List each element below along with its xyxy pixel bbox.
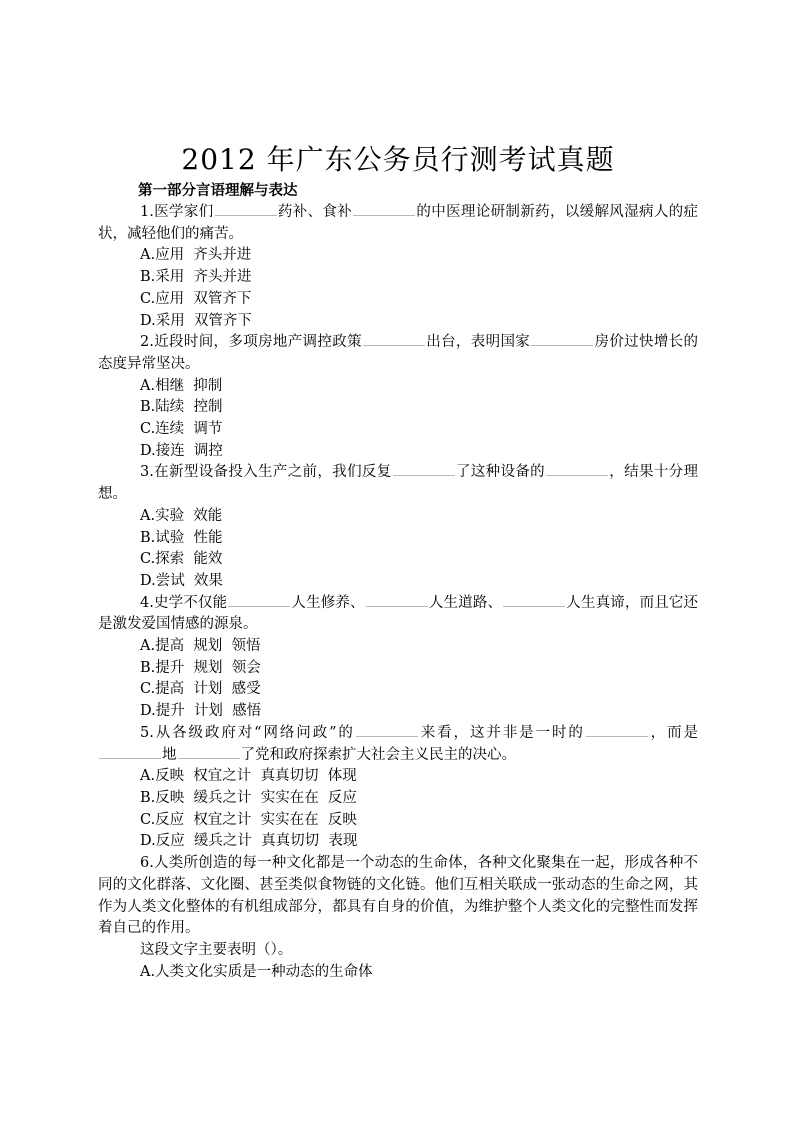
option-c: C.探索 能效 bbox=[98, 549, 698, 571]
option-c: C.提高 计划 感受 bbox=[98, 679, 698, 701]
document-page: 2012 年广东公务员行测考试真题 第一部分言语理解与表达 1.医学家们药补、食… bbox=[98, 140, 698, 983]
stem-text: 出台，表明国家 bbox=[426, 334, 530, 350]
stem-text: ，而是 bbox=[649, 725, 698, 741]
question-2: 2.近段时间，多项房地产调控政策出台，表明国家房价过快增长的态度异常坚决。 A.… bbox=[98, 332, 698, 462]
answer-blank bbox=[531, 344, 593, 346]
stem-text: 5.从各级政府对“网络问政”的 bbox=[140, 725, 355, 741]
option-c: C.连续 调节 bbox=[98, 419, 698, 441]
question-stem: 3.在新型设备投入生产之前，我们反复了这种设备的，结果十分理想。 bbox=[98, 462, 698, 505]
option-a: A.提高 规划 领悟 bbox=[98, 636, 698, 658]
option-d: D.尝试 效果 bbox=[98, 571, 698, 593]
option-b: B.反映 缓兵之计 实实在在 反应 bbox=[98, 788, 698, 810]
question-stem: 5.从各级政府对“网络问政”的来看，这并非是一时的，而是地了党和政府探索扩大社会… bbox=[98, 723, 698, 766]
answer-blank bbox=[586, 735, 648, 737]
answer-blank bbox=[353, 214, 415, 216]
option-a: A.相继 抑制 bbox=[98, 376, 698, 398]
option-d: D.采用 双管齐下 bbox=[98, 311, 698, 333]
stem-text: 2.近段时间，多项房地产调控政策 bbox=[140, 334, 362, 350]
option-a: A.应用 齐头并进 bbox=[98, 245, 698, 267]
question-stem: 1.医学家们药补、食补的中医理论研制新药，以缓解风湿病人的症状，减轻他们的痛苦。 bbox=[98, 202, 698, 245]
answer-blank bbox=[363, 344, 425, 346]
question-prompt: 这段文字主要表明（）。 bbox=[98, 940, 698, 962]
stem-text: 来看，这并非是一时的 bbox=[419, 725, 585, 741]
stem-text: 了这种设备的 bbox=[456, 464, 545, 480]
option-b: B.提升 规划 领会 bbox=[98, 658, 698, 680]
question-passage: 6.人类所创造的每一种文化都是一个动态的生命体，各种文化聚集在一起，形成各种不同… bbox=[98, 853, 698, 940]
option-b: B.采用 齐头并进 bbox=[98, 267, 698, 289]
answer-blank bbox=[215, 214, 277, 216]
section-title: 第一部分言语理解与表达 bbox=[98, 180, 698, 202]
option-a: A.实验 效能 bbox=[98, 506, 698, 528]
question-stem: 4.史学不仅能人生修养、人生道路、人生真谛，而且它还是激发爱国情感的源泉。 bbox=[98, 593, 698, 636]
stem-text: 人生修养、 bbox=[291, 595, 364, 611]
question-stem: 2.近段时间，多项房地产调控政策出台，表明国家房价过快增长的态度异常坚决。 bbox=[98, 332, 698, 375]
stem-text: 了党和政府探索扩大社会主义民主的决心。 bbox=[241, 747, 517, 763]
option-d: D.反应 缓兵之计 真真切切 表现 bbox=[98, 831, 698, 853]
answer-blank bbox=[178, 757, 240, 759]
stem-text: 药补、食补 bbox=[278, 204, 353, 220]
stem-text: 地 bbox=[162, 747, 177, 763]
stem-text: 3.在新型设备投入生产之前，我们反复 bbox=[140, 464, 392, 480]
option-a: A.人类文化实质是一种动态的生命体 bbox=[98, 962, 698, 984]
answer-blank bbox=[503, 605, 565, 607]
question-5: 5.从各级政府对“网络问政”的来看，这并非是一时的，而是地了党和政府探索扩大社会… bbox=[98, 723, 698, 853]
option-b: B.陆续 控制 bbox=[98, 397, 698, 419]
option-c: C.应用 双管齐下 bbox=[98, 289, 698, 311]
document-title: 2012 年广东公务员行测考试真题 bbox=[98, 140, 698, 180]
question-3: 3.在新型设备投入生产之前，我们反复了这种设备的，结果十分理想。 A.实验 效能… bbox=[98, 462, 698, 592]
option-a: A.反映 权宜之计 真真切切 体现 bbox=[98, 766, 698, 788]
stem-text: 人生道路、 bbox=[429, 595, 502, 611]
option-d: D.提升 计划 感悟 bbox=[98, 701, 698, 723]
option-b: B.试验 性能 bbox=[98, 528, 698, 550]
answer-blank bbox=[99, 757, 161, 759]
answer-blank bbox=[393, 474, 455, 476]
option-c: C.反应 权宜之计 实实在在 反映 bbox=[98, 810, 698, 832]
answer-blank bbox=[366, 605, 428, 607]
answer-blank bbox=[228, 605, 290, 607]
stem-text: 4.史学不仅能 bbox=[140, 595, 227, 611]
answer-blank bbox=[356, 735, 418, 737]
question-1: 1.医学家们药补、食补的中医理论研制新药，以缓解风湿病人的症状，减轻他们的痛苦。… bbox=[98, 202, 698, 332]
question-6: 6.人类所创造的每一种文化都是一个动态的生命体，各种文化聚集在一起，形成各种不同… bbox=[98, 853, 698, 983]
question-4: 4.史学不仅能人生修养、人生道路、人生真谛，而且它还是激发爱国情感的源泉。 A.… bbox=[98, 593, 698, 723]
answer-blank bbox=[546, 474, 608, 476]
option-d: D.接连 调控 bbox=[98, 441, 698, 463]
stem-text: 1.医学家们 bbox=[140, 204, 214, 220]
